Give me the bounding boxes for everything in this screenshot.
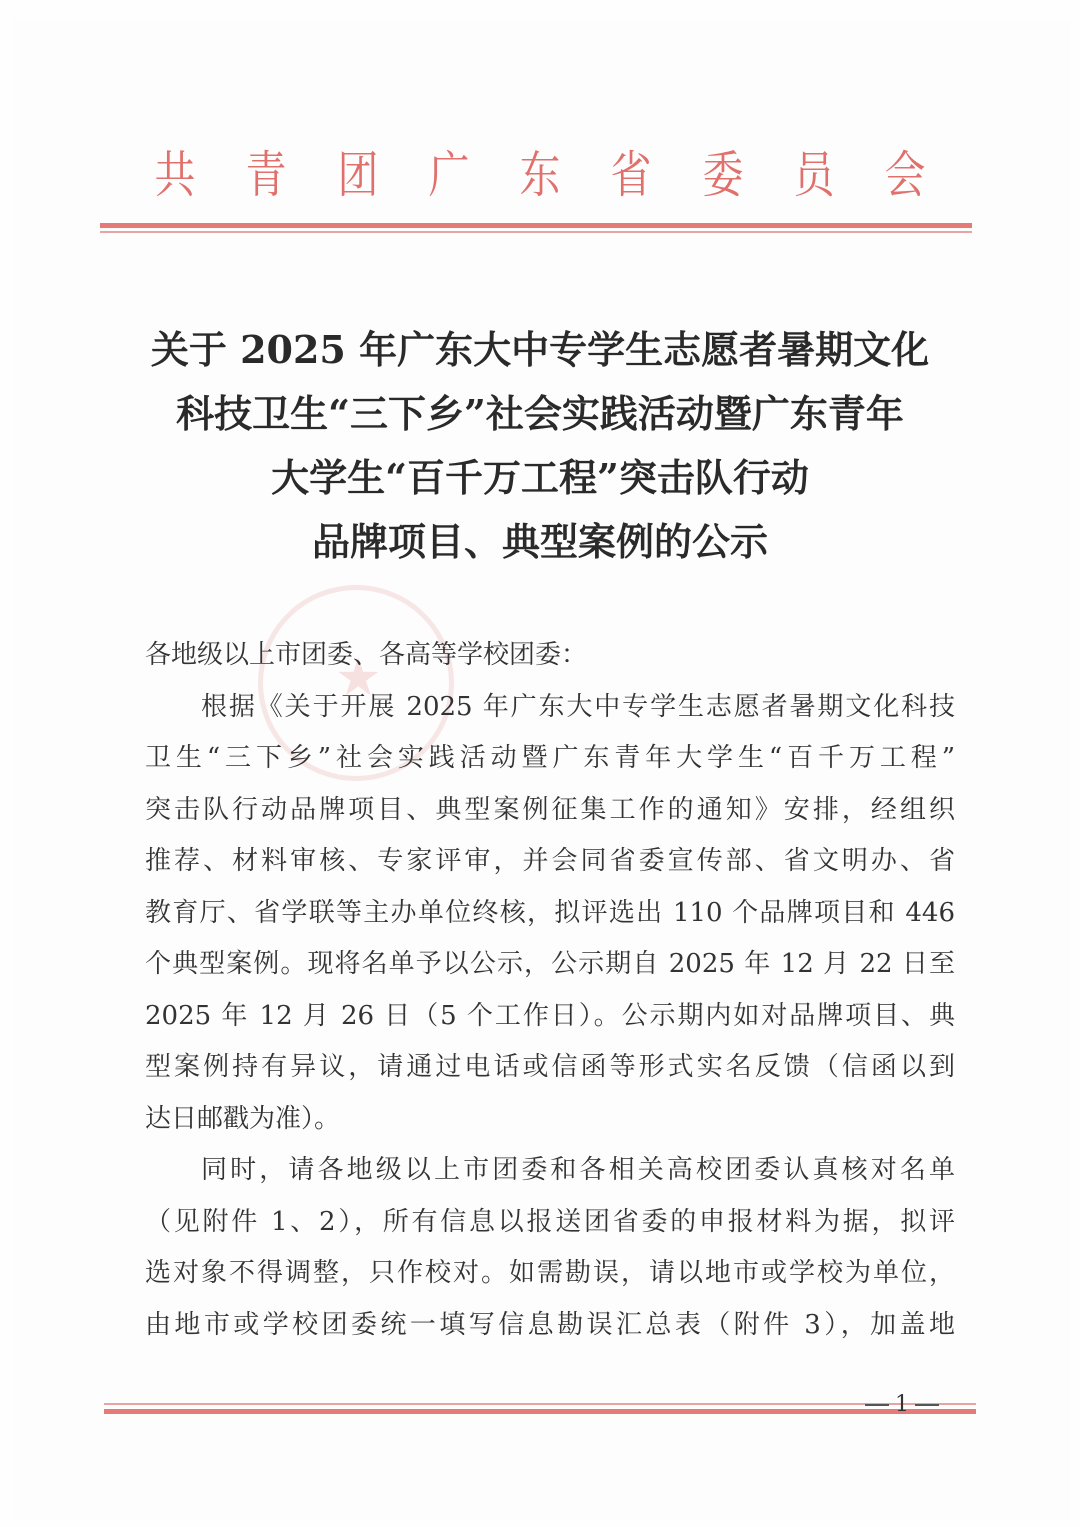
title-line: 大学生“百千万工程”突击队行动 <box>100 446 980 510</box>
title-line: 关于 2025 年广东大中专学生志愿者暑期文化 <box>100 318 980 382</box>
page-number-value: 1 <box>895 1392 909 1417</box>
page-number: 1 <box>852 1392 952 1417</box>
paragraph-line: 个典型案例。现将名单予以公示，公示期自 2025 年 12 月 22 日至 <box>145 939 955 991</box>
dash-decoration <box>865 1404 889 1406</box>
org-char: 团 <box>337 140 378 210</box>
paragraph-line: 根据《关于开展 2025 年广东大中专学生志愿者暑期文化科技 <box>145 682 955 734</box>
footer-rule-thick <box>104 1409 976 1414</box>
org-char: 员 <box>793 140 834 210</box>
paragraph-line: 选对象不得调整，只作校对。如需勘误，请以地市或学校为单位， <box>145 1248 955 1300</box>
org-char: 共 <box>155 140 196 210</box>
paragraph-line: 由地市或学校团委统一填写信息勘误汇总表（附件 3），加盖地 <box>145 1300 955 1352</box>
paragraph-line: 达日邮戳为准）。 <box>145 1094 955 1146</box>
title-line: 品牌项目、典型案例的公示 <box>100 510 980 574</box>
salutation: 各地级以上市团委、各高等学校团委： <box>145 630 955 682</box>
paragraph-line: 2025 年 12 月 26 日（5 个工作日）。公示期内如对品牌项目、典 <box>145 991 955 1043</box>
document-title: 关于 2025 年广东大中专学生志愿者暑期文化 科技卫生“三下乡”社会实践活动暨… <box>100 318 980 574</box>
paragraph-line: 型案例持有异议，请通过电话或信函等形式实名反馈（信函以到 <box>145 1042 955 1094</box>
paragraph-line: 教育厅、省学联等主办单位终核，拟评选出 110 个品牌项目和 446 <box>145 888 955 940</box>
organization-header: 共 青 团 广 东 省 委 员 会 <box>150 140 930 210</box>
org-char: 广 <box>428 140 469 210</box>
paragraph-line: 推荐、材料审核、专家评审，并会同省委宣传部、省文明办、省 <box>145 836 955 888</box>
header-rule-thin <box>100 231 972 233</box>
org-char: 委 <box>702 140 743 210</box>
org-char: 青 <box>246 140 287 210</box>
org-char: 东 <box>520 140 561 210</box>
paragraph-line: 卫生“三下乡”社会实践活动暨广东青年大学生“百千万工程” <box>145 733 955 785</box>
paragraph-line: 突击队行动品牌项目、典型案例征集工作的通知》安排，经组织 <box>145 785 955 837</box>
document-body: 各地级以上市团委、各高等学校团委： 根据《关于开展 2025 年广东大中专学生志… <box>145 630 955 1351</box>
dash-decoration <box>915 1404 939 1406</box>
footer-rule-thin <box>104 1403 976 1405</box>
header-rule-thick <box>100 223 972 228</box>
title-line: 科技卫生“三下乡”社会实践活动暨广东青年 <box>100 382 980 446</box>
org-char: 省 <box>611 140 652 210</box>
paragraph-line: （见附件 1、2），所有信息以报送团省委的申报材料为据，拟评 <box>145 1197 955 1249</box>
paragraph-line: 同时，请各地级以上市团委和各相关高校团委认真核对名单 <box>145 1145 955 1197</box>
org-char: 会 <box>885 140 926 210</box>
